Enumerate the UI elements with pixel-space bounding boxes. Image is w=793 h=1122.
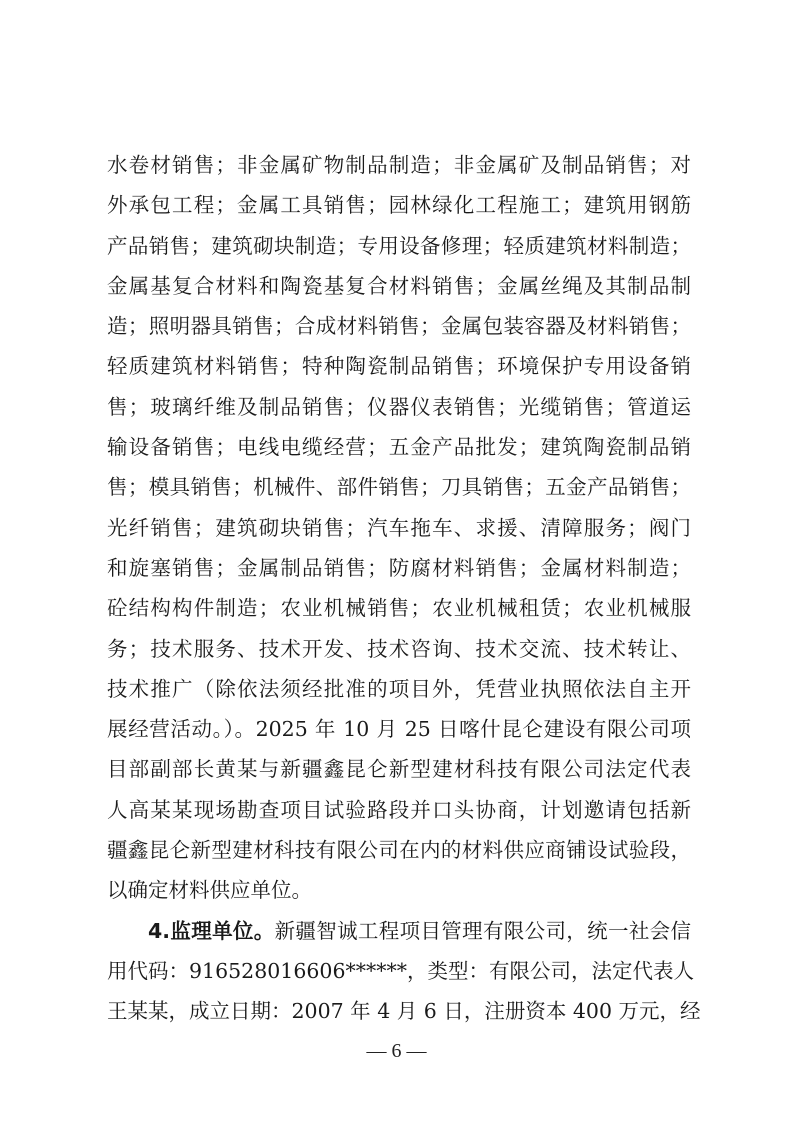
text-line: 产品销售；建筑砌块制造；专用设备修理；轻质建筑材料制造；: [107, 226, 691, 266]
text-line: 砼结构构件制造；农业机械销售；农业机械租赁；农业机械服: [107, 588, 691, 628]
text-line: 外承包工程；金属工具销售；园林绿化工程施工；建筑用钢筋: [107, 185, 691, 225]
text-line: 造；照明器具销售；合成材料销售；金属包装容器及材料销售；: [107, 306, 691, 346]
text-line: 展经营活动。）。2025 年 10 月 25 日喀什昆仑建设有限公司项: [107, 709, 691, 749]
page-number: — 6 —: [0, 1040, 793, 1063]
document-body: 水卷材销售；非金属矿物制品制造；非金属矿及制品销售；对 外承包工程；金属工具销售…: [107, 145, 691, 1032]
text-line: 务；技术服务、技术开发、技术咨询、技术交流、技术转让、: [107, 629, 691, 669]
text-line: 光纤销售；建筑砌块销售；汽车拖车、求援、清障服务；阀门: [107, 508, 691, 548]
text-line: 疆鑫昆仑新型建材科技有限公司在内的材料供应商铺设试验段，: [107, 830, 691, 870]
text-line: 王某某，成立日期：2007 年 4 月 6 日，注册资本 400 万元，经: [107, 991, 691, 1031]
text-line: 金属基复合材料和陶瓷基复合材料销售；金属丝绳及其制品制: [107, 266, 691, 306]
text-line: 用代码：916528016606******，类型：有限公司，法定代表人: [107, 951, 691, 991]
text-line: 和旋塞销售；金属制品销售；防腐材料销售；金属材料制造；: [107, 548, 691, 588]
section-4-heading: 4.监理单位。: [148, 919, 275, 943]
text-line: 输设备销售；电线电缆经营；五金产品批发；建筑陶瓷制品销: [107, 427, 691, 467]
text-line: 水卷材销售；非金属矿物制品制造；非金属矿及制品销售；对: [107, 145, 691, 185]
section-4-first-line: 4.监理单位。新疆智诚工程项目管理有限公司，统一社会信: [107, 911, 691, 951]
text-line: 人高某某现场勘查项目试验路段并口头协商，计划邀请包括新: [107, 790, 691, 830]
section-4-text: 新疆智诚工程项目管理有限公司，统一社会信: [275, 919, 691, 943]
text-line: 目部副部长黄某与新疆鑫昆仑新型建材科技有限公司法定代表: [107, 749, 691, 789]
text-line: 售；玻璃纤维及制品销售；仪器仪表销售；光缆销售；管道运: [107, 387, 691, 427]
text-line: 轻质建筑材料销售；特种陶瓷制品销售；环境保护专用设备销: [107, 346, 691, 386]
text-line: 售；模具销售；机械件、部件销售；刀具销售；五金产品销售；: [107, 467, 691, 507]
text-line: 技术推广（除依法须经批准的项目外，凭营业执照依法自主开: [107, 669, 691, 709]
text-line: 以确定材料供应单位。: [107, 870, 691, 910]
document-page: 水卷材销售；非金属矿物制品制造；非金属矿及制品销售；对 外承包工程；金属工具销售…: [0, 0, 793, 1122]
